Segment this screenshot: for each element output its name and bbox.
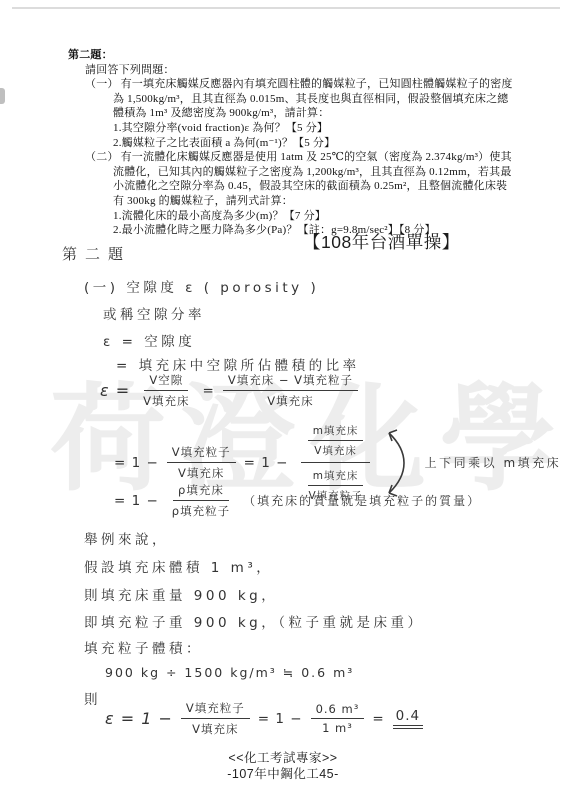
- eq2-top-fraction: m填充床 V填充床: [308, 423, 364, 458]
- eq3-numerator: ρ填充床: [173, 482, 229, 501]
- final-answer-value: 0.4: [393, 708, 423, 729]
- part2-line1: （二）有一流體化床觸媒反應器是使用 1atm 及 25℃的空氣（密度為 2.37…: [85, 150, 538, 165]
- eq2-compound-top: m填充床 V填充床: [301, 421, 371, 463]
- part1-line1: （一）有一填充床觸媒反應器內有填充圓柱體的觸媒粒子，已知圓柱體觸媒粒子的密度: [85, 77, 538, 92]
- example-particle-weight: 即填充粒子重 900 kg，（粒子重就是床重）: [84, 611, 425, 631]
- example-particle-volume-label: 填充粒子體積：: [84, 637, 203, 657]
- part2-line3: 小流體化之空隙分率為 0.45，假設其空床的截面積為 0.25m²，且整個流體化…: [113, 179, 538, 194]
- eqf-lhs: ε = 1 −: [105, 709, 173, 728]
- eq1-fraction-void-over-bed: V空隙 V填充床: [138, 372, 194, 409]
- scan-artifact-top-line: [12, 7, 560, 9]
- eqf-f2-denominator: 1 m³: [317, 719, 358, 735]
- part1-line3: 體積為 1m³ 及總密度為 900kg/m³，請計算：: [113, 106, 538, 121]
- eq2-margin-note: 上下同乘以 m填充床: [425, 454, 562, 471]
- equation-final-result: ε = 1 − V填充粒子 V填充床 = 1 − 0.6 m³ 1 m³ = 0…: [105, 700, 423, 737]
- solution-definition-line: (一) 空隙度 ε ( porosity ): [84, 276, 319, 296]
- eq2-fraction-particle-over-bed: V填充粒子 V填充床: [167, 444, 236, 481]
- footer-source: -107年中鋼化工45-: [0, 764, 566, 782]
- eq1-lhs: ε =: [100, 381, 130, 400]
- example-then-label: 則: [84, 688, 98, 708]
- part2-question1: 1.流體化床的最小高度為多少(m)？【7 分】: [113, 209, 538, 224]
- eqf-equals: =: [372, 711, 384, 727]
- eqf-f1-denominator: V填充床: [187, 719, 243, 737]
- eqf-mid: = 1 −: [258, 711, 303, 727]
- part2-line4: 有 300kg 的觸媒粒子，請列式計算：: [113, 194, 538, 209]
- eq3-fraction-density: ρ填充床 ρ填充粒子: [167, 482, 235, 519]
- eq2-lead: = 1 −: [114, 455, 159, 471]
- example-intro: 舉例來說，: [84, 528, 169, 548]
- eq1-equals: =: [203, 383, 215, 399]
- eq3-denominator: ρ填充粒子: [167, 501, 235, 519]
- eqf-fraction-numbers: 0.6 m³ 1 m³: [311, 702, 365, 735]
- problem-intro: 請回答下列問題：: [85, 63, 538, 78]
- part2-text1: 有一流體化床觸媒反應器是使用 1atm 及 25℃的空氣（密度為 2.374kg…: [121, 151, 512, 163]
- eq2-top-denominator: V填充床: [309, 441, 362, 458]
- eq1-f2-denominator: V填充床: [262, 391, 318, 409]
- eq2-top-numerator: m填充床: [308, 423, 364, 441]
- solution-epsilon-line: ε = 空隙度: [103, 330, 195, 350]
- scan-artifact-left-edge: [0, 88, 5, 104]
- eqf-f2-numerator: 0.6 m³: [311, 702, 365, 719]
- example-bed-weight: 則填充床重量 900 kg，: [84, 584, 278, 604]
- part1-line2: 為 1,500kg/m³，且其直徑為 0.015m、其長度也與直徑相同，假設整個…: [113, 92, 538, 107]
- eq1-f1-denominator: V填充床: [138, 391, 194, 409]
- eq1-fraction-bed-minus-particle: V填充床 − V填充粒子 V填充床: [223, 372, 358, 409]
- printed-problem-block: 第二題： 請回答下列問題： （一）有一填充床觸媒反應器內有填充圓柱體的觸媒粒子，…: [68, 48, 538, 238]
- eq1-f2-numerator: V填充床 − V填充粒子: [223, 372, 358, 391]
- solution-alias-line: 或稱空隙分率: [103, 303, 205, 323]
- exam-source-tag: 【108年台酒單操】: [303, 229, 460, 254]
- part1-text1: 有一填充床觸媒反應器內有填充圓柱體的觸媒粒子，已知圓柱體觸媒粒子的密度: [121, 78, 513, 90]
- problem-heading: 第二題：: [68, 48, 538, 63]
- part2-line2: 流體化，已知其內的觸媒粒子之密度為 1,200kg/m³，且其直徑為 0.12m…: [113, 165, 538, 180]
- equation-porosity-definition: ε = V空隙 V填充床 = V填充床 − V填充粒子 V填充床: [100, 372, 358, 409]
- part1-label: （一）: [85, 78, 119, 90]
- eqf-fraction-particle-over-bed: V填充粒子 V填充床: [181, 700, 250, 737]
- eq3-comment: （填充床的質量就是填充粒子的質量）: [243, 492, 481, 509]
- example-bed-volume: 假設填充床體積 1 m³，: [84, 556, 273, 576]
- part1-question2: 2.觸媒粒子之比表面積 a 為何(m⁻¹)？【5 分】: [113, 136, 538, 151]
- eqf-f1-numerator: V填充粒子: [181, 700, 250, 719]
- solution-title: 第二題: [62, 243, 131, 264]
- eq2-f1-numerator: V填充粒子: [167, 444, 236, 463]
- part1-question1: 1.其空隙分率(void fraction)ε 為何？【5 分】: [113, 121, 538, 136]
- eq3-lead: = 1 −: [114, 493, 159, 509]
- equation-density-ratio: = 1 − ρ填充床 ρ填充粒子 （填充床的質量就是填充粒子的質量）: [114, 482, 481, 519]
- scanned-exam-page: 荷澄化學 第二題： 請回答下列問題： （一）有一填充床觸媒反應器內有填充圓柱體的…: [0, 0, 566, 800]
- solution-ratio-line: = 填充床中空隙所佔體積的比率: [116, 354, 360, 374]
- example-volume-calculation: 900 kg ÷ 1500 kg/m³ ≒ 0.6 m³: [105, 665, 354, 680]
- eq1-f1-numerator: V空隙: [144, 372, 188, 391]
- eq2-mid: = 1 −: [244, 455, 289, 471]
- part2-label: （二）: [85, 151, 119, 163]
- eq2-f1-denominator: V填充床: [173, 463, 229, 481]
